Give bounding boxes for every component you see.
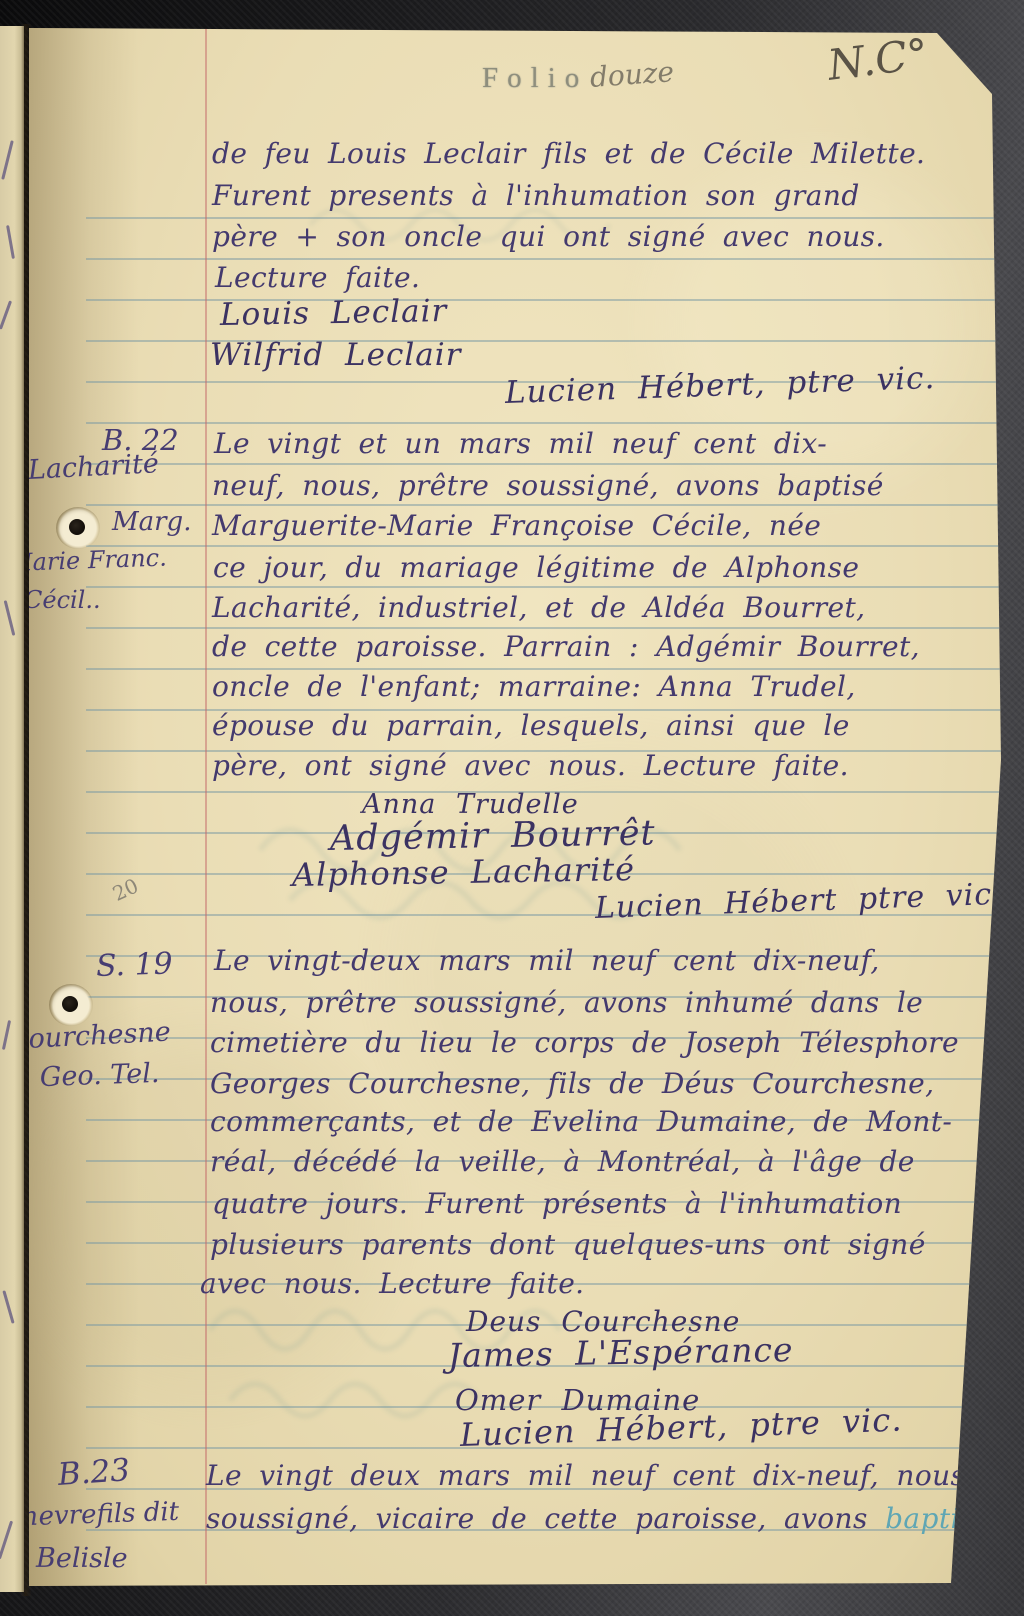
signature: James L'Espérance — [448, 1332, 794, 1375]
entry-line: père + son oncle qui ont signé avec nous… — [212, 221, 885, 252]
folio-stamp: Folio — [482, 62, 588, 95]
margin-given-name: Marg. — [112, 508, 191, 537]
folio-number: douze — [589, 56, 675, 93]
entry-line-text: soussigné, vicaire de cette paroisse, av… — [206, 1502, 868, 1535]
entry-line: Marguerite-Marie Françoise Cécile, née — [212, 510, 821, 541]
margin-surname: Belisle — [36, 1544, 128, 1574]
entry-line: neuf, nous, prêtre soussigné, avons bapt… — [212, 470, 884, 501]
entry-line: nous, prêtre soussigné, avons inhumé dan… — [210, 987, 923, 1018]
signature: Wilfrid Leclair — [210, 338, 461, 373]
entry-line: de cette paroisse. Parrain : Adgémir Bou… — [212, 631, 920, 662]
entry-line: Georges Courchesne, fils de Déus Courche… — [210, 1068, 934, 1099]
margin-given-name: Cécil.. — [24, 587, 101, 614]
entry-line: oncle de l'enfant; marraine: Anna Trudel… — [212, 671, 856, 702]
entry-line-teal-text: baptisé — [885, 1502, 992, 1535]
entry-line: quatre jours. Furent présents à l'inhuma… — [212, 1188, 902, 1219]
register-scan: Folio douze N.C° 20 de feu Louis Leclair… — [0, 0, 1024, 1616]
entry-line: Lecture faite. — [215, 262, 420, 293]
entry-line: Furent presents à l'inhumation son grand — [212, 180, 860, 211]
margin-entry-number: S. 19 — [95, 947, 173, 983]
entry-line: épouse du parrain, lesquels, ainsi que l… — [212, 710, 850, 741]
entry-line: Lacharité, industriel, et de Aldéa Bourr… — [212, 592, 865, 623]
entry-line: Le vingt deux mars mil neuf cent dix-neu… — [206, 1460, 975, 1491]
entry-line: commerçants, et de Evelina Dumaine, de M… — [210, 1106, 952, 1137]
entry-line: cimetière du lieu le corps de Joseph Tél… — [210, 1027, 959, 1058]
signature: Alphonse Lacharité — [292, 852, 636, 894]
margin-given-name: Marie Franc. — [8, 544, 168, 576]
entry-line: père, ont signé avec nous. Lecture faite… — [212, 750, 849, 781]
punch-hole — [49, 984, 93, 1026]
entry-line: Le vingt-deux mars mil neuf cent dix-neu… — [214, 945, 880, 976]
margin-given-name: J. Geo. Tel. — [13, 1059, 159, 1094]
entry-line: Le vingt et un mars mil neuf cent dix- — [214, 428, 827, 459]
entry-line: réal, décédé la veille, à Montréal, à l'… — [210, 1146, 915, 1177]
entry-line: soussigné, vicaire de cette paroisse, av… — [206, 1503, 992, 1534]
register-page: Folio douze N.C° 20 de feu Louis Leclair… — [0, 0, 1024, 1616]
entry-line: ce jour, du mariage légitime de Alphonse — [213, 552, 859, 583]
entry-line: plusieurs parents dont quelques-uns ont … — [210, 1229, 926, 1260]
punch-hole — [56, 507, 100, 549]
entry-line: de feu Louis Leclair fils et de Cécile M… — [212, 138, 925, 169]
margin-entry-number: B.23 — [57, 1453, 131, 1493]
entry-line: avec nous. Lecture faite. — [200, 1268, 584, 1299]
signature: Louis Leclair — [220, 294, 448, 333]
